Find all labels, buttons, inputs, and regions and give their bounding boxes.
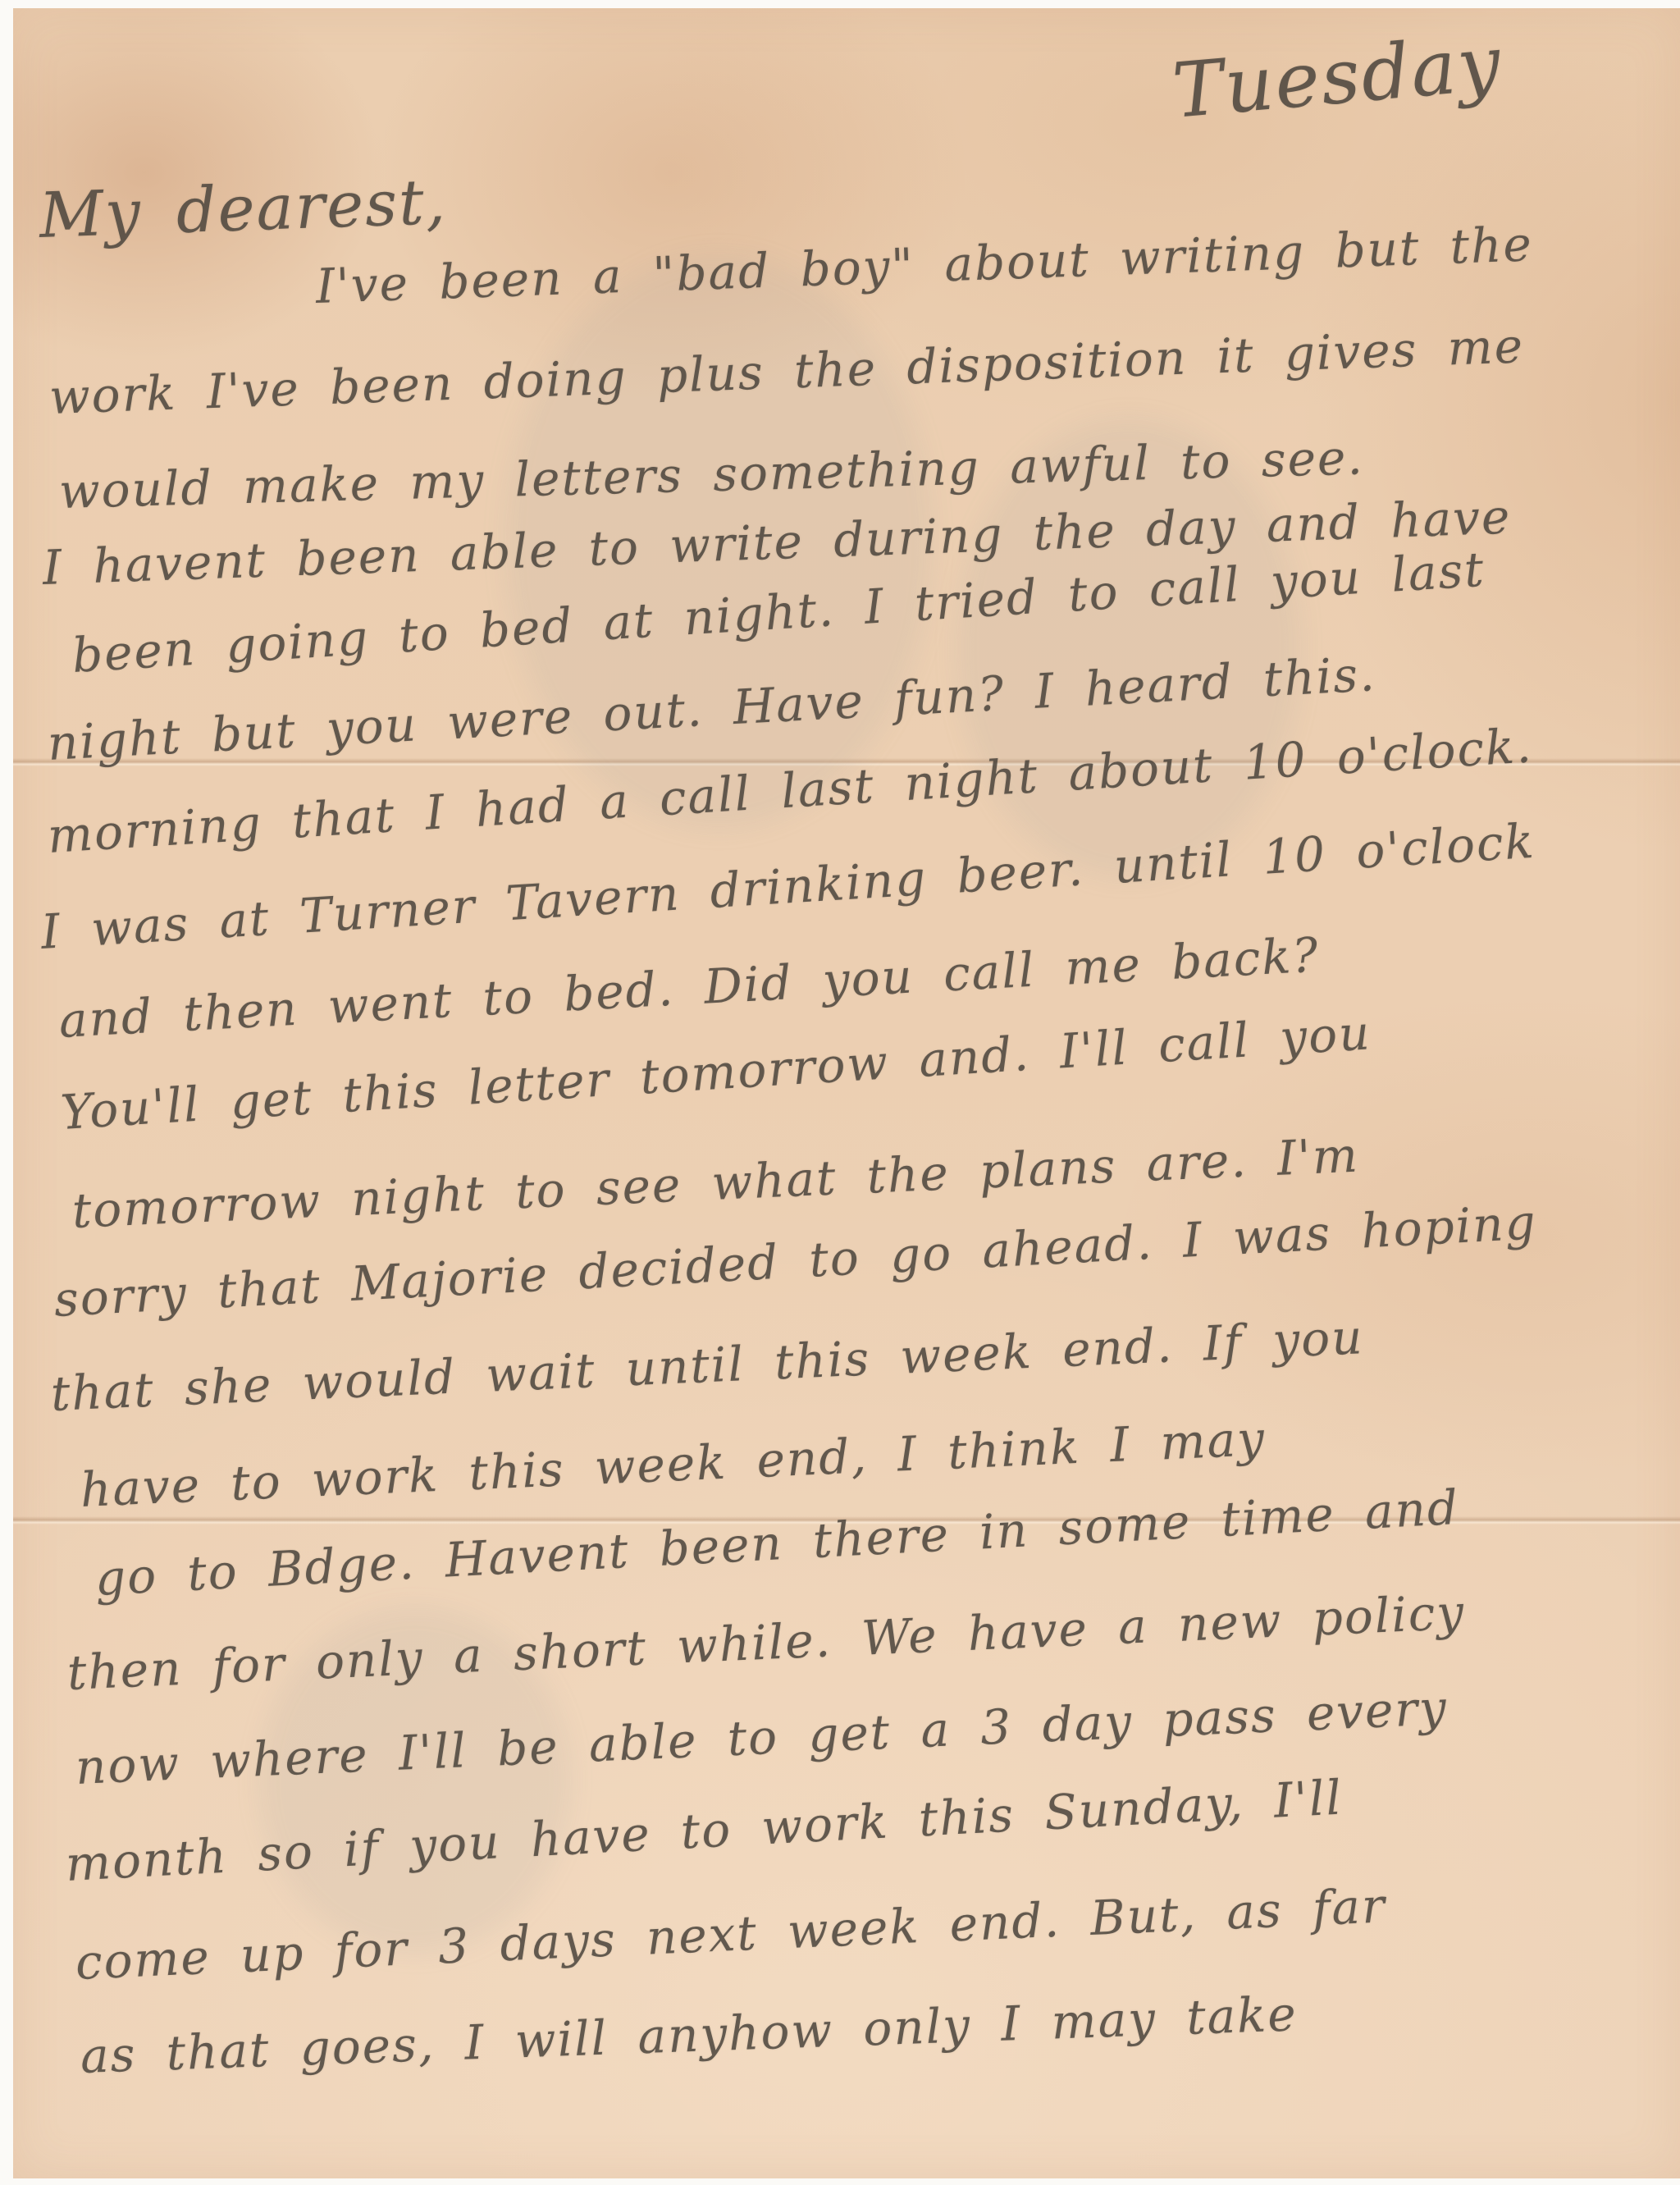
letter-line: I've been a "bad boy" about writing but … (315, 216, 1534, 314)
letter-line: then for only a short while. We have a n… (66, 1584, 1467, 1701)
date-line: Tuesday (1169, 19, 1505, 135)
letter-line: come up for 3 days next week end. But, a… (75, 1877, 1387, 1991)
salutation: My dearest, (38, 165, 448, 252)
scanned-letter-page: Tuesday My dearest, I've been a "bad boy… (0, 0, 1680, 2185)
letter-paper: Tuesday My dearest, I've been a "bad boy… (13, 8, 1680, 2178)
letter-line: month so if you have to work this Sunday… (64, 1769, 1344, 1891)
letter-line: as that goes, I will anyhow only I may t… (80, 1986, 1299, 2084)
letter-line: that she would wait until this week end.… (50, 1309, 1365, 1422)
